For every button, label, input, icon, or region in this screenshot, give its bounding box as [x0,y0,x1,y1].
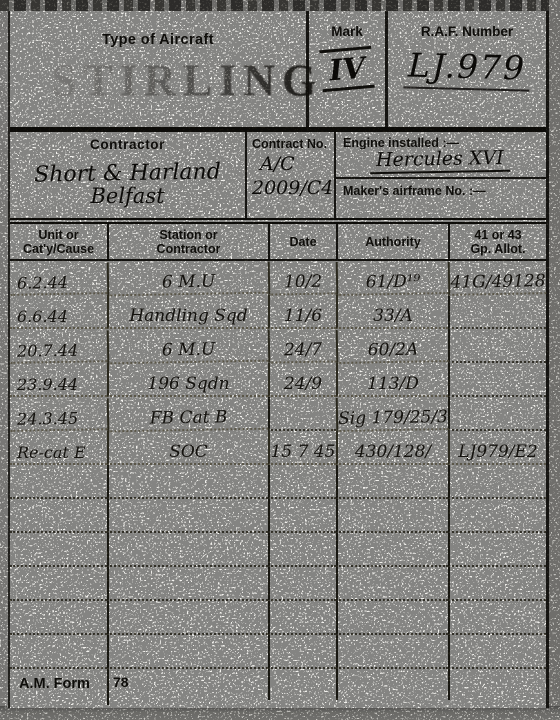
table-cell [448,295,546,329]
table-cell: 6 M.U [107,260,269,297]
table-column-header: Unit or Cat'y/Cause [10,224,107,261]
table-row [10,499,546,533]
form-paper: Type of Aircraft STIRLING Mark IV R.A.F.… [8,11,549,708]
mark-label: Mark [331,24,363,39]
table-row [10,465,546,499]
table-cell [448,465,546,499]
table-row: 23.9.44196 Sqdn24/9113/D [10,363,546,397]
movement-table: Unit or Cat'y/CauseStation or Contractor… [10,218,546,708]
mark-value: IV [319,46,375,92]
raf-number-box: R.A.F. Number LJ.979 [385,11,546,127]
table-cell [448,533,546,567]
table-body: 6.2.446 M.U10/261/D¹⁹41G/491286.6.44Hand… [10,261,546,669]
makers-airframe-box: Maker's airframe No. :— [336,179,546,198]
table-cell [10,567,107,601]
aircraft-header-section: Type of Aircraft STIRLING Mark IV R.A.F.… [10,11,546,127]
table-cell [336,533,448,567]
table-cell: 196 Sqdn [107,363,268,397]
table-cell [448,363,546,397]
table-cell [107,465,268,499]
table-cell [336,567,448,601]
table-cell: 61/D¹⁹ [336,260,449,296]
footer-cell [268,669,336,700]
table-cell: 6.6.44 [10,295,107,329]
table-header-row: Unit or Cat'y/CauseStation or Contractor… [10,224,546,261]
aircraft-type-stamp: STIRLING [52,54,323,107]
table-cell: 60/2A [336,328,449,364]
table-cell: LJ979/E2 [448,431,546,465]
table-row: 6.6.44Handling Sqd11/633/A [10,295,546,329]
table-cell [10,465,107,499]
engine-box: Engine installed :— Hercules XVI Maker's… [334,132,546,218]
table-cell [107,499,268,533]
type-of-aircraft-label: Type of Aircraft [10,32,306,48]
table-cell [107,567,268,601]
scan-edge-top [0,0,560,11]
contract-number-line2: 2009/C4 [252,177,334,199]
table-row: 20.7.446 M.U24/760/2A [10,329,546,363]
table-cell: SOC [107,431,268,465]
contract-section: Contractor Short & Harland Belfast Contr… [10,127,546,218]
contractor-box: Contractor Short & Harland Belfast [10,132,245,218]
type-of-aircraft-box: Type of Aircraft STIRLING [10,11,306,127]
table-row [10,635,546,669]
table-cell [107,635,268,669]
engine-installed-value: Hercules XVI [370,147,510,174]
contractor-value-line1: Short & Harland [10,159,245,188]
scanned-movement-card: Type of Aircraft STIRLING Mark IV R.A.F.… [0,0,560,720]
makers-airframe-label: Maker's airframe No. :— [343,184,546,198]
table-cell [448,499,546,533]
table-cell [336,499,448,533]
table-cell [10,533,107,567]
scan-edge-bottom [0,706,560,720]
engine-installed-box: Engine installed :— Hercules XVI [336,132,546,179]
table-cell [336,601,448,635]
table-cell [448,329,546,363]
table-row [10,533,546,567]
table-cell [268,567,336,601]
table-cell [448,601,546,635]
scan-edge-right [549,0,560,720]
table-cell: 430/128/ [336,431,448,465]
table-cell [336,635,448,669]
raf-number-label: R.A.F. Number [388,24,546,39]
table-cell [268,533,336,567]
table-row [10,567,546,601]
form-footer-row: A.M. Form 78 [10,669,546,708]
table-cell [10,499,107,533]
table-cell: 10/2 [268,260,337,295]
footer-cell [336,669,448,700]
table-cell: 15 7 45 [268,431,336,465]
table-cell [448,635,546,669]
table-cell: 11/6 [268,295,336,329]
table-cell [268,635,336,669]
table-cell [107,601,268,635]
table-column-header: Station or Contractor [107,224,268,261]
table-column-header: Authority [336,224,448,261]
table-cell: FB Cat B [107,396,269,433]
table-cell [448,567,546,601]
table-row: Re-cat ESOC15 7 45430/128/LJ979/E2 [10,431,546,465]
table-cell: Sig 179/25/3 [336,396,449,432]
contract-number-line1: A/C [260,153,334,175]
table-cell: 113/D [336,363,448,397]
table-cell [336,465,448,499]
table-cell: Re-cat E [10,431,107,465]
form-number: 78 [107,669,268,705]
form-name-label: A.M. Form [10,669,107,707]
table-cell [268,465,336,499]
raf-number-value: LJ.979 [403,45,530,91]
table-cell: 6.2.44 [10,260,108,296]
table-row: 24.3.45FB Cat BSig 179/25/3 [10,397,546,431]
table-row: 6.2.446 M.U10/261/D¹⁹41G/49128 [10,261,546,295]
contract-number-box: Contract No. A/C 2009/C4 [245,132,334,218]
table-cell: Handling Sqd [107,295,268,329]
table-cell [268,601,336,635]
table-cell: 24.3.45 [10,396,108,432]
table-cell [107,533,268,567]
table-row [10,601,546,635]
table-cell [448,397,546,431]
table-cell: 41G/49128 [448,260,547,296]
table-cell: 33/A [336,295,448,329]
table-cell: 23.9.44 [10,363,107,397]
table-cell: 6 M.U [107,328,269,365]
contractor-value-line2: Belfast [10,184,245,208]
table-cell [10,635,107,669]
contractor-label: Contractor [10,137,245,152]
contract-number-label: Contract No. [252,137,334,151]
table-column-header: Date [268,224,336,261]
table-cell: 24/9 [268,363,336,397]
table-cell [268,397,336,431]
footer-cell [448,669,546,700]
table-cell [10,601,107,635]
table-cell [268,499,336,533]
table-column-header: 41 or 43 Gp. Allot. [448,224,546,261]
table-cell: 20.7.44 [10,328,108,364]
table-cell: 24/7 [268,328,337,363]
